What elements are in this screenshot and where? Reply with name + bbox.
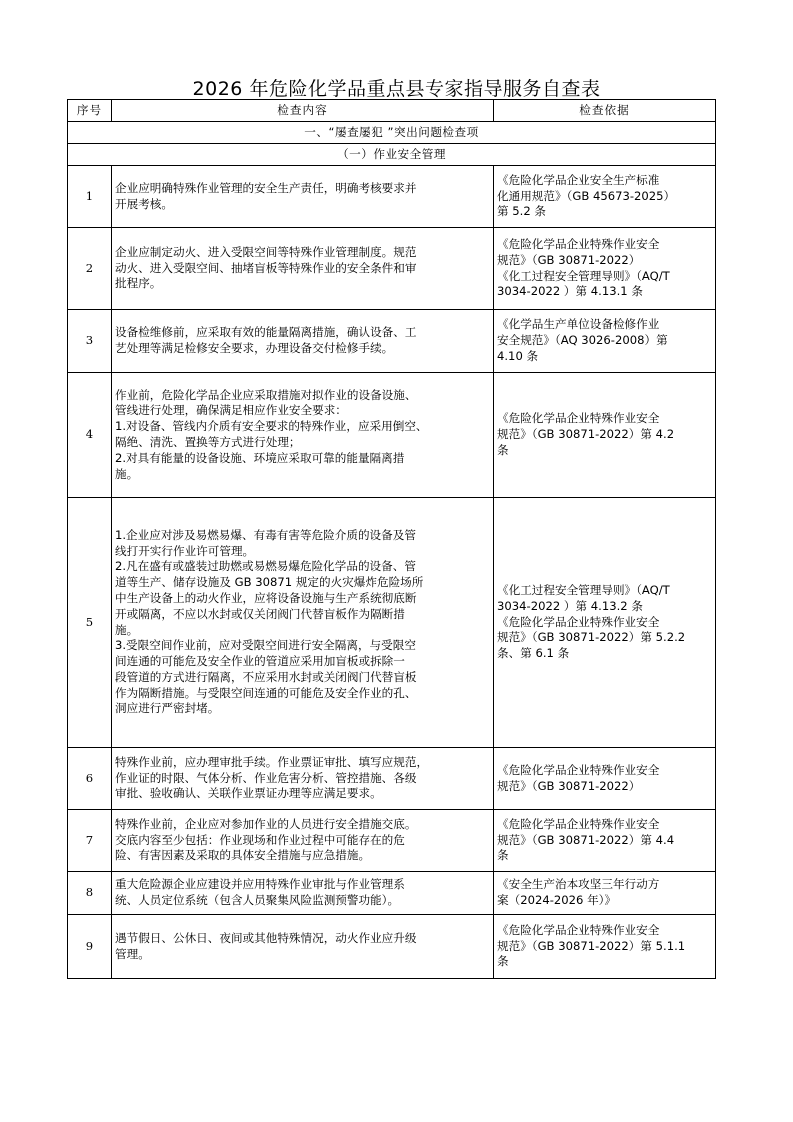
row-check-content: 特殊作业前，企业应对参加作业的人员进行安全措施交底。交底内容至少包括：作业现场和…	[112, 810, 494, 872]
header-check-basis: 检查依据	[494, 100, 716, 122]
section-row: 一、“屡查屡犯 ”突出问题检查项	[68, 122, 716, 144]
content-line: 段管道的方式进行隔离，不应采用水封或关闭阀门代替盲板	[115, 670, 490, 686]
row-check-basis: 《危险化学品企业特殊作业安全规范》（GB 30871-2022）《化工过程安全管…	[494, 228, 716, 310]
basis-line: 《危险化学品企业特殊作业安全	[497, 817, 712, 833]
subsection-heading: （一）作业安全管理	[68, 144, 716, 166]
content-line: 管理。	[115, 947, 490, 963]
basis-line: 化通用规范》（GB 45673-2025）	[497, 189, 712, 205]
content-line: 交底内容至少包括：作业现场和作业过程中可能存在的危	[115, 833, 490, 849]
content-line: 施。	[115, 467, 490, 483]
row-check-content: 重大危险源企业应建设并应用特殊作业审批与作业管理系统、人员定位系统（包含人员聚集…	[112, 872, 494, 915]
row-check-content: 遇节假日、公休日、夜间或其他特殊情况，动火作业应升级管理。	[112, 915, 494, 979]
content-line: 管线进行处理，确保满足相应作业安全要求：	[115, 403, 490, 419]
content-line: 3.受限空间作业前，应对受限空间进行安全隔离，与受限空	[115, 638, 490, 654]
basis-line: 3034-2022 ）第 4.13.2 条	[497, 599, 712, 615]
row-serial-number: 2	[68, 228, 112, 310]
row-check-basis: 《危险化学品企业安全生产标准化通用规范》（GB 45673-2025）第 5.2…	[494, 166, 716, 228]
basis-line: 《安全生产治本攻坚三年行动方	[497, 877, 712, 893]
content-line: 作为隔断措施。与受限空间连通的可能危及安全作业的孔、	[115, 686, 490, 702]
basis-line: 条、第 6.1 条	[497, 646, 712, 662]
content-line: 施。	[115, 623, 490, 639]
content-line: 动火、进入受限空间、抽堵盲板等特殊作业的安全条件和审	[115, 261, 490, 277]
subsection-row: （一）作业安全管理	[68, 144, 716, 166]
table-row: 4作业前，危险化学品企业应采取措施对拟作业的设备设施、管线进行处理，确保满足相应…	[68, 373, 716, 498]
row-check-basis: 《危险化学品企业特殊作业安全规范》（GB 30871-2022）第 5.1.1条	[494, 915, 716, 979]
row-check-content: 特殊作业前，应办理审批手续。作业票证审批、填写应规范，作业证的时限、气体分析、作…	[112, 748, 494, 810]
row-check-content: 作业前，危险化学品企业应采取措施对拟作业的设备设施、管线进行处理，确保满足相应作…	[112, 373, 494, 498]
row-check-basis: 《化工过程安全管理导则》（AQ/T3034-2022 ）第 4.13.2 条《危…	[494, 498, 716, 748]
basis-line: 规范》（GB 30871-2022）第 5.2.2	[497, 630, 712, 646]
basis-line: 规范》（GB 30871-2022）第 4.4	[497, 833, 712, 849]
content-line: 中生产设备上的动火作业，应将设备设施与生产系统彻底断	[115, 591, 490, 607]
content-line: 艺处理等满足检修安全要求，办理设备交付检修手续。	[115, 341, 490, 357]
table-row: 9遇节假日、公休日、夜间或其他特殊情况，动火作业应升级管理。《危险化学品企业特殊…	[68, 915, 716, 979]
content-line: 隔绝、清洗、置换等方式进行处理；	[115, 435, 490, 451]
row-check-content: 1.企业应对涉及易燃易爆、有毒有害等危险介质的设备及管线打开实行作业许可管理。2…	[112, 498, 494, 748]
basis-line: 第 5.2 条	[497, 204, 712, 220]
row-check-content: 企业应制定动火、进入受限空间等特殊作业管理制度。规范动火、进入受限空间、抽堵盲板…	[112, 228, 494, 310]
content-line: 线打开实行作业许可管理。	[115, 544, 490, 560]
content-line: 开展考核。	[115, 197, 490, 213]
basis-line: 条	[497, 443, 712, 459]
section-heading: 一、“屡查屡犯 ”突出问题检查项	[68, 122, 716, 144]
row-check-content: 设备检维修前，应采取有效的能量隔离措施，确认设备、工艺处理等满足检修安全要求，办…	[112, 310, 494, 373]
header-serial-number: 序号	[68, 100, 112, 122]
basis-line: 《化工过程安全管理导则》（AQ/T	[497, 269, 712, 285]
row-serial-number: 4	[68, 373, 112, 498]
basis-line: 规范》（GB 30871-2022）	[497, 779, 712, 795]
row-serial-number: 7	[68, 810, 112, 872]
row-serial-number: 1	[68, 166, 112, 228]
table-row: 1企业应明确特殊作业管理的安全生产责任，明确考核要求并开展考核。《危险化学品企业…	[68, 166, 716, 228]
row-serial-number: 9	[68, 915, 112, 979]
row-check-content: 企业应明确特殊作业管理的安全生产责任，明确考核要求并开展考核。	[112, 166, 494, 228]
row-serial-number: 5	[68, 498, 112, 748]
content-line: 作业证的时限、气体分析、作业危害分析、管控措施、各级	[115, 771, 490, 787]
table-row: 7特殊作业前，企业应对参加作业的人员进行安全措施交底。交底内容至少包括：作业现场…	[68, 810, 716, 872]
table-row: 3设备检维修前，应采取有效的能量隔离措施，确认设备、工艺处理等满足检修安全要求，…	[68, 310, 716, 373]
content-line: 2.对具有能量的设备设施、环境应采取可靠的能量隔离措	[115, 451, 490, 467]
content-line: 企业应明确特殊作业管理的安全生产责任，明确考核要求并	[115, 181, 490, 197]
basis-line: 《危险化学品企业特殊作业安全	[497, 411, 712, 427]
table-header-row: 序号 检查内容 检查依据	[68, 100, 716, 122]
basis-line: 安全规范》（AQ 3026-2008）第	[497, 333, 712, 349]
basis-line: 案（2024-2026 年）》	[497, 893, 712, 909]
row-serial-number: 6	[68, 748, 112, 810]
content-line: 企业应制定动火、进入受限空间等特殊作业管理制度。规范	[115, 245, 490, 261]
table-row: 51.企业应对涉及易燃易爆、有毒有害等危险介质的设备及管线打开实行作业许可管理。…	[68, 498, 716, 748]
row-serial-number: 3	[68, 310, 112, 373]
basis-line: 规范》（GB 30871-2022）第 5.1.1	[497, 939, 712, 955]
self-check-table: 序号 检查内容 检查依据 一、“屡查屡犯 ”突出问题检查项 （一）作业安全管理 …	[67, 99, 716, 979]
basis-line: 《危险化学品企业特殊作业安全	[497, 923, 712, 939]
basis-line: 规范》（GB 30871-2022）第 4.2	[497, 427, 712, 443]
content-line: 2.凡在盛有或盛装过助燃或易燃易爆危险化学品的设备、管	[115, 559, 490, 575]
content-line: 开或隔离，不应以水封或仅关闭阀门代替盲板作为隔断措	[115, 607, 490, 623]
content-line: 遇节假日、公休日、夜间或其他特殊情况，动火作业应升级	[115, 931, 490, 947]
basis-line: 《危险化学品企业特殊作业安全	[497, 615, 712, 631]
table-row: 2企业应制定动火、进入受限空间等特殊作业管理制度。规范动火、进入受限空间、抽堵盲…	[68, 228, 716, 310]
basis-line: 《危险化学品企业安全生产标准	[497, 173, 712, 189]
row-check-basis: 《安全生产治本攻坚三年行动方案（2024-2026 年）》	[494, 872, 716, 915]
table-row: 6特殊作业前，应办理审批手续。作业票证审批、填写应规范，作业证的时限、气体分析、…	[68, 748, 716, 810]
basis-line: 《危险化学品企业特殊作业安全	[497, 237, 712, 253]
row-check-basis: 《危险化学品企业特殊作业安全规范》（GB 30871-2022）第 4.2条	[494, 373, 716, 498]
content-line: 特殊作业前，应办理审批手续。作业票证审批、填写应规范，	[115, 755, 490, 771]
basis-line: 条	[497, 848, 712, 864]
row-check-basis: 《化学品生产单位设备检修作业安全规范》（AQ 3026-2008）第4.10 条	[494, 310, 716, 373]
content-line: 审批、验收确认、关联作业票证办理等应满足要求。	[115, 786, 490, 802]
table-row: 8重大危险源企业应建设并应用特殊作业审批与作业管理系统、人员定位系统（包含人员聚…	[68, 872, 716, 915]
basis-line: 《化学品生产单位设备检修作业	[497, 317, 712, 333]
content-line: 险、有害因素及采取的具体安全措施与应急措施。	[115, 848, 490, 864]
header-check-content: 检查内容	[112, 100, 494, 122]
content-line: 作业前，危险化学品企业应采取措施对拟作业的设备设施、	[115, 388, 490, 404]
content-line: 统、人员定位系统（包含人员聚集风险监测预警功能）。	[115, 893, 490, 909]
content-line: 重大危险源企业应建设并应用特殊作业审批与作业管理系	[115, 877, 490, 893]
basis-line: 3034-2022 ）第 4.13.1 条	[497, 284, 712, 300]
content-line: 设备检维修前，应采取有效的能量隔离措施，确认设备、工	[115, 325, 490, 341]
content-line: 道等生产、储存设施及 GB 30871 规定的火灾爆炸危险场所	[115, 575, 490, 591]
content-line: 特殊作业前，企业应对参加作业的人员进行安全措施交底。	[115, 817, 490, 833]
content-line: 1.企业应对涉及易燃易爆、有毒有害等危险介质的设备及管	[115, 528, 490, 544]
table-body: 1企业应明确特殊作业管理的安全生产责任，明确考核要求并开展考核。《危险化学品企业…	[68, 166, 716, 979]
content-line: 间连通的可能危及安全作业的管道应采用加盲板或拆除一	[115, 654, 490, 670]
content-line: 1.对设备、管线内介质有安全要求的特殊作业，应采用倒空、	[115, 419, 490, 435]
basis-line: 规范》（GB 30871-2022）	[497, 253, 712, 269]
basis-line: 《危险化学品企业特殊作业安全	[497, 763, 712, 779]
basis-line: 4.10 条	[497, 349, 712, 365]
basis-line: 《化工过程安全管理导则》（AQ/T	[497, 583, 712, 599]
row-serial-number: 8	[68, 872, 112, 915]
content-line: 批程序。	[115, 276, 490, 292]
basis-line: 条	[497, 954, 712, 970]
document-title: 2026 年危险化学品重点县专家指导服务自查表	[0, 74, 793, 101]
content-line: 洞应进行严密封堵。	[115, 701, 490, 717]
row-check-basis: 《危险化学品企业特殊作业安全规范》（GB 30871-2022）	[494, 748, 716, 810]
row-check-basis: 《危险化学品企业特殊作业安全规范》（GB 30871-2022）第 4.4条	[494, 810, 716, 872]
